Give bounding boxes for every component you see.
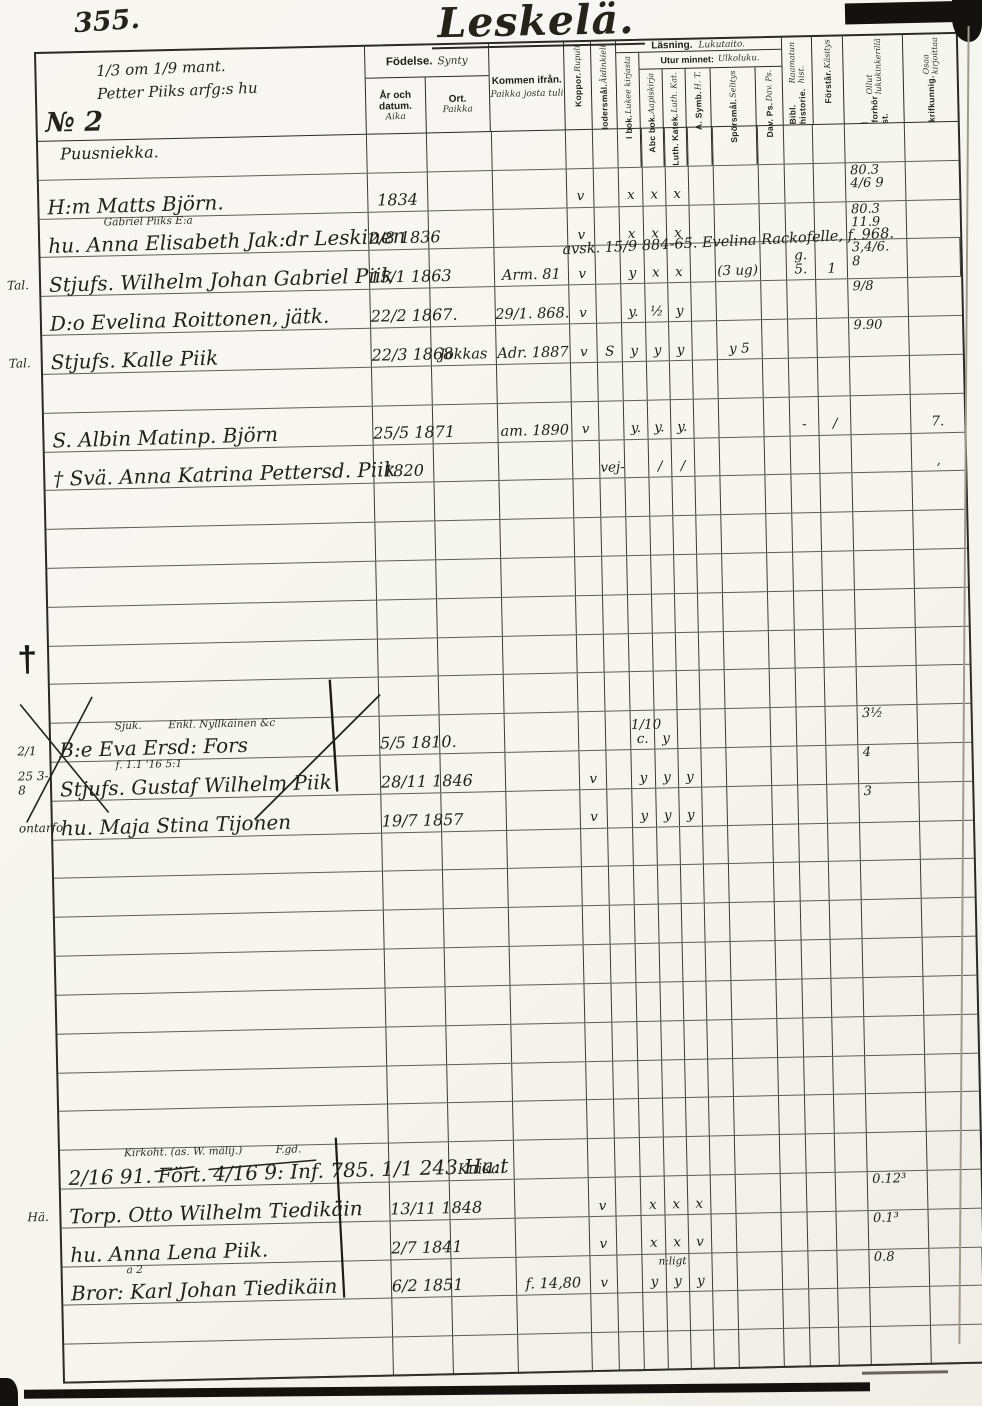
entry-koppor: v [572,422,598,437]
entry-birth: 28/11 1846 [381,771,440,791]
cell-skrif [922,898,976,937]
cell-vid: 0.8 [870,1248,931,1287]
cell-i_bok [623,362,648,400]
cell-abc: y [655,749,679,787]
cell-abc [660,943,684,981]
cell-vid: 4 [859,744,920,783]
cell-luth [684,1020,708,1058]
margin-note: Tal. [9,357,42,371]
cell-symb [694,399,720,437]
entry-abc: x [665,1197,687,1212]
cell-forstar [825,668,858,706]
cell-i_bok: y [631,750,656,788]
cell-forstar [828,823,861,861]
entry-koppor: v [581,810,607,825]
entry-abc: y. [648,421,670,436]
cell-bibl: - [789,397,820,435]
cell-bibl [788,319,819,357]
cell-name [50,678,380,723]
cell-name [53,833,383,878]
col-header-bibl: Bibl. historie.Raamatun hist. [782,37,814,125]
entry-birth: 19/7 1857 [382,810,441,830]
entry-koppor: v [570,306,596,321]
cell-vid: 80.3 4/6 9 [846,162,907,201]
cell-vid [871,1287,932,1326]
entry-modersmal: vej- [600,460,624,475]
col-header-modersmal: Modersmål.Äidinkieli [591,41,618,129]
cell-sporsmal: y 5 [717,320,763,359]
cell-dav [762,320,789,358]
cell-dav [758,164,785,202]
col-header-kommen: Kommen ifrån. Paikka josta tuli [489,42,566,131]
cell-symb [688,127,714,165]
cell-forstar [837,1211,870,1249]
cell-modersmal [607,750,633,788]
cell-modersmal [617,1216,643,1254]
cell-ort [437,598,503,637]
margin-note: Tal. [7,279,40,293]
cell-sporsmal [721,514,767,553]
cell-dav [774,902,801,940]
entry-birth: 25/5 1871 [373,422,432,442]
cell-kommen [498,441,574,480]
cell-ort [434,481,500,520]
cell-forstar [829,862,862,900]
cell-modersmal [607,789,633,827]
cell-forstar [814,163,847,201]
entry-kommen: Adr. 1887 [496,344,570,362]
cell-skrif [910,355,964,394]
cell-ort [436,559,502,598]
entry-birth: 22/3 1868 [371,344,430,364]
cell-kommen [502,596,578,635]
cell-modersmal [619,1332,645,1370]
cell-name: ontarfohu. Maja Stina Tijonen [52,794,382,839]
cell-sporsmal [724,631,770,670]
cell-dav [768,591,795,629]
estate-note: 1/3 om 1/9 mant. Petter Piiks arfg:s hu [96,54,258,105]
cell-vid [863,938,924,977]
entry-abc: ½ [646,304,668,319]
entry-vid: 80.3 4/6 9 [846,163,905,192]
above-name-note: a 2 [126,1263,143,1275]
cell-birth [375,521,436,560]
cell-sporsmal [737,1252,783,1291]
cell-forstar [834,1094,867,1132]
cell-ort [446,1025,512,1064]
cell-ort [445,986,511,1025]
cell-ort [432,365,498,404]
cell-i_bok [629,633,654,671]
cell-modersmal: S [597,323,623,361]
cell-ort [443,869,509,908]
cell-abc [652,594,676,632]
entry-vid: 0.1³ [869,1211,928,1226]
cell-dav [780,1173,807,1211]
cell-vid [853,472,914,511]
cell-symb [706,981,732,1019]
cell-skrif [914,549,968,588]
cell-sporsmal [720,475,766,514]
cell-koppor [592,1333,620,1371]
cell-ort [427,132,493,171]
above-name-note: f. 1.1 '16 5:1 [115,758,182,771]
cell-abc [668,1331,692,1369]
cell-symb [694,438,720,476]
entry-kommen: f. 14,80 [516,1276,590,1294]
cell-koppor: v [580,751,608,789]
cell-i_bok [634,866,659,904]
cell-vid [854,550,915,589]
cell-kommen [501,557,577,596]
cell-skrif [924,976,978,1015]
cell-skrif [905,122,959,161]
cell-ort [453,1335,519,1374]
margin-note: Hä. [27,1210,60,1224]
cell-luth [687,1137,711,1175]
farm-name: Puusniekka. [60,142,159,163]
cell-koppor [579,712,607,750]
cell-skrif [925,1053,979,1092]
cell-koppor: v [570,324,598,362]
entry-sporsmal: y 5 [717,341,761,356]
cell-birth: 5/5 1810. [379,716,440,755]
cell-name: Puusniekka. [38,135,368,180]
cell-skrif [927,1131,981,1170]
cell-name: S. Albin Matinp. Björn [44,406,374,451]
entry-luth: x [688,1196,710,1211]
cell-sporsmal [734,1096,780,1135]
cell-skrif [906,161,960,200]
cell-dav [763,397,790,435]
cell-birth [378,638,439,677]
entry-koppor: v [591,1276,617,1291]
entry-vid: 0.12³ [868,1172,927,1187]
cell-luth: y [668,283,692,321]
cell-modersmal [594,168,620,206]
cell-forstar [836,1172,869,1210]
col-header-names: 1/3 om 1/9 mant. Petter Piiks arfg:s hu … [36,47,367,141]
entry-luth: y [669,304,691,319]
cell-bibl [808,1250,839,1288]
cell-kommen [512,1062,588,1101]
cell-luth [677,671,701,709]
cell-bibl [798,785,829,823]
cell-modersmal [605,673,631,711]
cell-symb [712,1253,738,1291]
cell-forstar [817,318,850,356]
cell-sporsmal [732,1019,778,1058]
cell-dav [770,708,797,746]
entry-i_bok: x [642,1236,665,1251]
cell-koppor: v [572,401,600,439]
scan-artifact-bottom-left [0,1378,18,1406]
cell-i_bok [627,556,652,594]
entry-i_bok: x [641,1197,664,1212]
cell-vid [845,123,906,162]
cell-koppor [581,828,609,866]
cell-kommen [504,712,580,751]
cell-ort [444,908,510,947]
cell-sporsmal [725,708,771,747]
entry-birth: 1834 [368,189,427,209]
cell-i_bok: y [622,323,647,361]
cell-bibl [794,591,825,629]
cell-i_bok [628,594,653,632]
cell-abc [663,1098,687,1136]
cell-abc: / [649,439,673,477]
cell-kommen [510,984,586,1023]
cell-kommen [517,1295,593,1334]
cell-skrif [909,316,963,355]
cell-koppor [571,363,599,401]
cell-vid [860,821,921,860]
cell-bibl [801,940,832,978]
cell-i_bok: y. [624,400,649,438]
cell-name: Kirkoht. (as. W. mälij.) F.gd.2/16 91. F… [60,1144,390,1189]
cell-symb [711,1214,737,1252]
cell-symb [713,1291,739,1329]
cell-luth: x [666,167,690,205]
entry-vid: 3½ [858,706,917,721]
cell-name [57,1027,387,1072]
cell-name [56,950,386,995]
cell-sporsmal [713,126,759,165]
entry-luth: x [666,187,688,202]
entry-birth: 6/2 1851 [392,1276,451,1296]
cell-sporsmal [718,359,764,398]
entry-birth: 5/5 1810. [380,732,439,752]
cell-sporsmal [733,1058,779,1097]
cell-dav [764,436,791,474]
cell-birth: 22/2 1867. [370,289,431,328]
cell-koppor [577,634,605,672]
cell-dav [771,747,798,785]
cell-name [47,562,377,607]
cell-koppor [586,1061,614,1099]
cell-i_bok: x [619,168,644,206]
cell-forstar [838,1250,871,1288]
cell-dav [776,979,803,1017]
cell-name [54,872,384,917]
cell-bibl [805,1095,836,1133]
cell-vid [861,860,922,899]
cell-koppor [584,945,612,983]
cell-luth [683,943,707,981]
cell-birth [377,599,438,638]
cell-symb [695,476,721,514]
cell-dav [766,514,793,552]
cell-sporsmal [723,592,769,631]
cell-sporsmal [735,1174,781,1213]
cell-sporsmal [739,1329,785,1368]
cell-name [46,484,376,529]
cell-dav [784,1329,811,1367]
cell-abc [654,672,678,710]
cell-koppor [566,130,594,168]
cell-skrif [921,859,975,898]
cell-ort [447,1063,513,1102]
cell-skrif [913,471,967,510]
margin-note: 2/1 [17,745,50,759]
cell-i_bok [637,1021,662,1059]
cell-modersmal [613,1061,639,1099]
entry-koppor: v [580,771,606,786]
cell-birth: 25/5 1871 [373,405,434,444]
cell-kommen: Adr. 1887 [496,324,572,363]
cell-ort [427,171,493,210]
cell-koppor [587,1100,615,1138]
entry-i_bok: y [623,343,646,358]
cell-vid [855,589,916,628]
cell-kommen [513,1100,589,1139]
cell-sporsmal [719,437,765,476]
cell-kommen: am. 1890 [497,402,573,441]
cell-ort [433,442,499,481]
cell-name: † Svä. Anna Katrina Pettersd. Piik [45,445,375,490]
cell-name [63,1299,393,1344]
cell-abc [649,477,673,515]
cell-koppor [574,479,602,517]
cell-symb [714,1330,740,1368]
entry-vid: 3 [860,784,919,799]
cell-name: a 2Bror: Karl Johan Tiedikäin [63,1260,393,1305]
cell-name [49,639,379,684]
cell-symb [698,593,724,631]
cell-modersmal [603,595,629,633]
cell-birth [385,987,446,1026]
entry-luth: y [680,808,702,823]
cell-abc [664,1137,688,1175]
cell-modersmal [609,867,635,905]
cell-modersmal [618,1293,644,1331]
cell-forstar [839,1327,872,1365]
cell-abc: ½ [645,283,669,321]
cell-birth [392,1298,453,1337]
cell-kommen: 29/1. 868. [495,286,571,325]
cell-skrif [929,1247,982,1286]
cell-kommen [507,868,583,907]
cell-forstar [826,706,859,744]
cell-symb [707,1020,733,1058]
cell-name: Gabriel Piiks E:ahu. Anna Elisabeth Jak:… [40,212,370,257]
cell-modersmal [612,983,638,1021]
cell-kommen [502,635,578,674]
cell-dav [779,1096,806,1134]
cell-sporsmal [728,825,774,864]
cell-abc [657,827,681,865]
cell-i_bok [618,129,643,167]
cell-abc [667,1292,691,1330]
cell-modersmal [606,711,632,749]
cell-koppor: v [567,169,595,207]
cell-bibl [783,125,814,163]
entry-kommen: 29/1. 868. [495,305,569,323]
cell-skrif [920,820,974,859]
entry-luth: / [672,459,694,474]
cell-vid [865,1054,926,1093]
cell-symb [701,748,727,786]
cell-name [59,1105,389,1150]
entry-luth: y [669,342,691,357]
cell-kommen [493,208,569,247]
entry-luth: y. [671,420,693,435]
cell-luth [673,516,697,554]
cell-i_bok [639,1099,664,1137]
cell-luth [691,1331,715,1369]
entry-bibl: - [790,417,819,432]
cell-bibl [799,823,830,861]
cell-bibl [800,901,831,939]
cell-bibl [802,979,833,1017]
cell-ort [444,947,510,986]
entry-luth: v [689,1235,711,1250]
scan-artifact-bottom-bar [24,1382,870,1398]
cell-luth [682,904,706,942]
cell-abc: x [643,167,667,205]
cell-kommen [518,1333,594,1372]
cell-birth [383,871,444,910]
entry-forstar: 1 [816,261,847,276]
cell-forstar [823,551,856,589]
cell-birth: 19/7 1857 [381,793,442,832]
cell-luth [672,477,696,515]
cell-luth [683,981,707,1019]
cell-vid [852,433,913,472]
cell-abc: y [656,788,680,826]
cell-i_bok [633,827,658,865]
cell-kommen [500,518,576,557]
cell-skrif [907,238,961,277]
cell-symb [700,709,726,747]
cell-kommen [511,1023,587,1062]
cell-i_bok [636,944,661,982]
cell-koppor [582,867,610,905]
cell-birth [379,677,440,716]
cell-birth [376,560,437,599]
cell-symb [703,826,729,864]
cell-luth [675,593,699,631]
cell-name: Tal.Stjufs. Kalle Piik [42,329,372,374]
entry-abc: x [666,1235,688,1250]
cell-modersmal [598,362,624,400]
cell-kommen: Arm. 81 [494,247,570,286]
entry-vid: 0.8 [870,1249,929,1264]
entry-koppor: v [571,344,597,359]
cell-vid [871,1326,932,1365]
entry-bibl: g. 5. [786,248,816,277]
entry-vid: 9/8 [849,279,908,294]
col-header-lasning: Läsning. Lukutaito. I bok.Lukee kirjasta… [616,38,784,129]
cell-dav [757,126,784,164]
cell-name: 2/1Sjuk. Enkl. Nyllkäinen &cB:e Eva Ersd… [51,717,381,762]
cell-skrif [907,199,961,238]
cell-modersmal [608,828,634,866]
entry-vid: 3,4/6. 8 [848,240,907,269]
cell-ort [452,1296,518,1335]
cell-i_bok [637,982,662,1020]
cell-name [46,523,376,568]
cell-skrif [928,1170,982,1209]
cell-birth: 1834 [368,172,429,211]
cell-birth [385,948,446,987]
entry-abc: x [643,188,665,203]
cell-koppor [583,906,611,944]
cell-dav [783,1290,810,1328]
col-header-skrifkunnig: Skrifkunnig.Osaa kirjoittaa [903,34,958,122]
cell-bibl [795,668,826,706]
cell-symb [692,321,718,359]
